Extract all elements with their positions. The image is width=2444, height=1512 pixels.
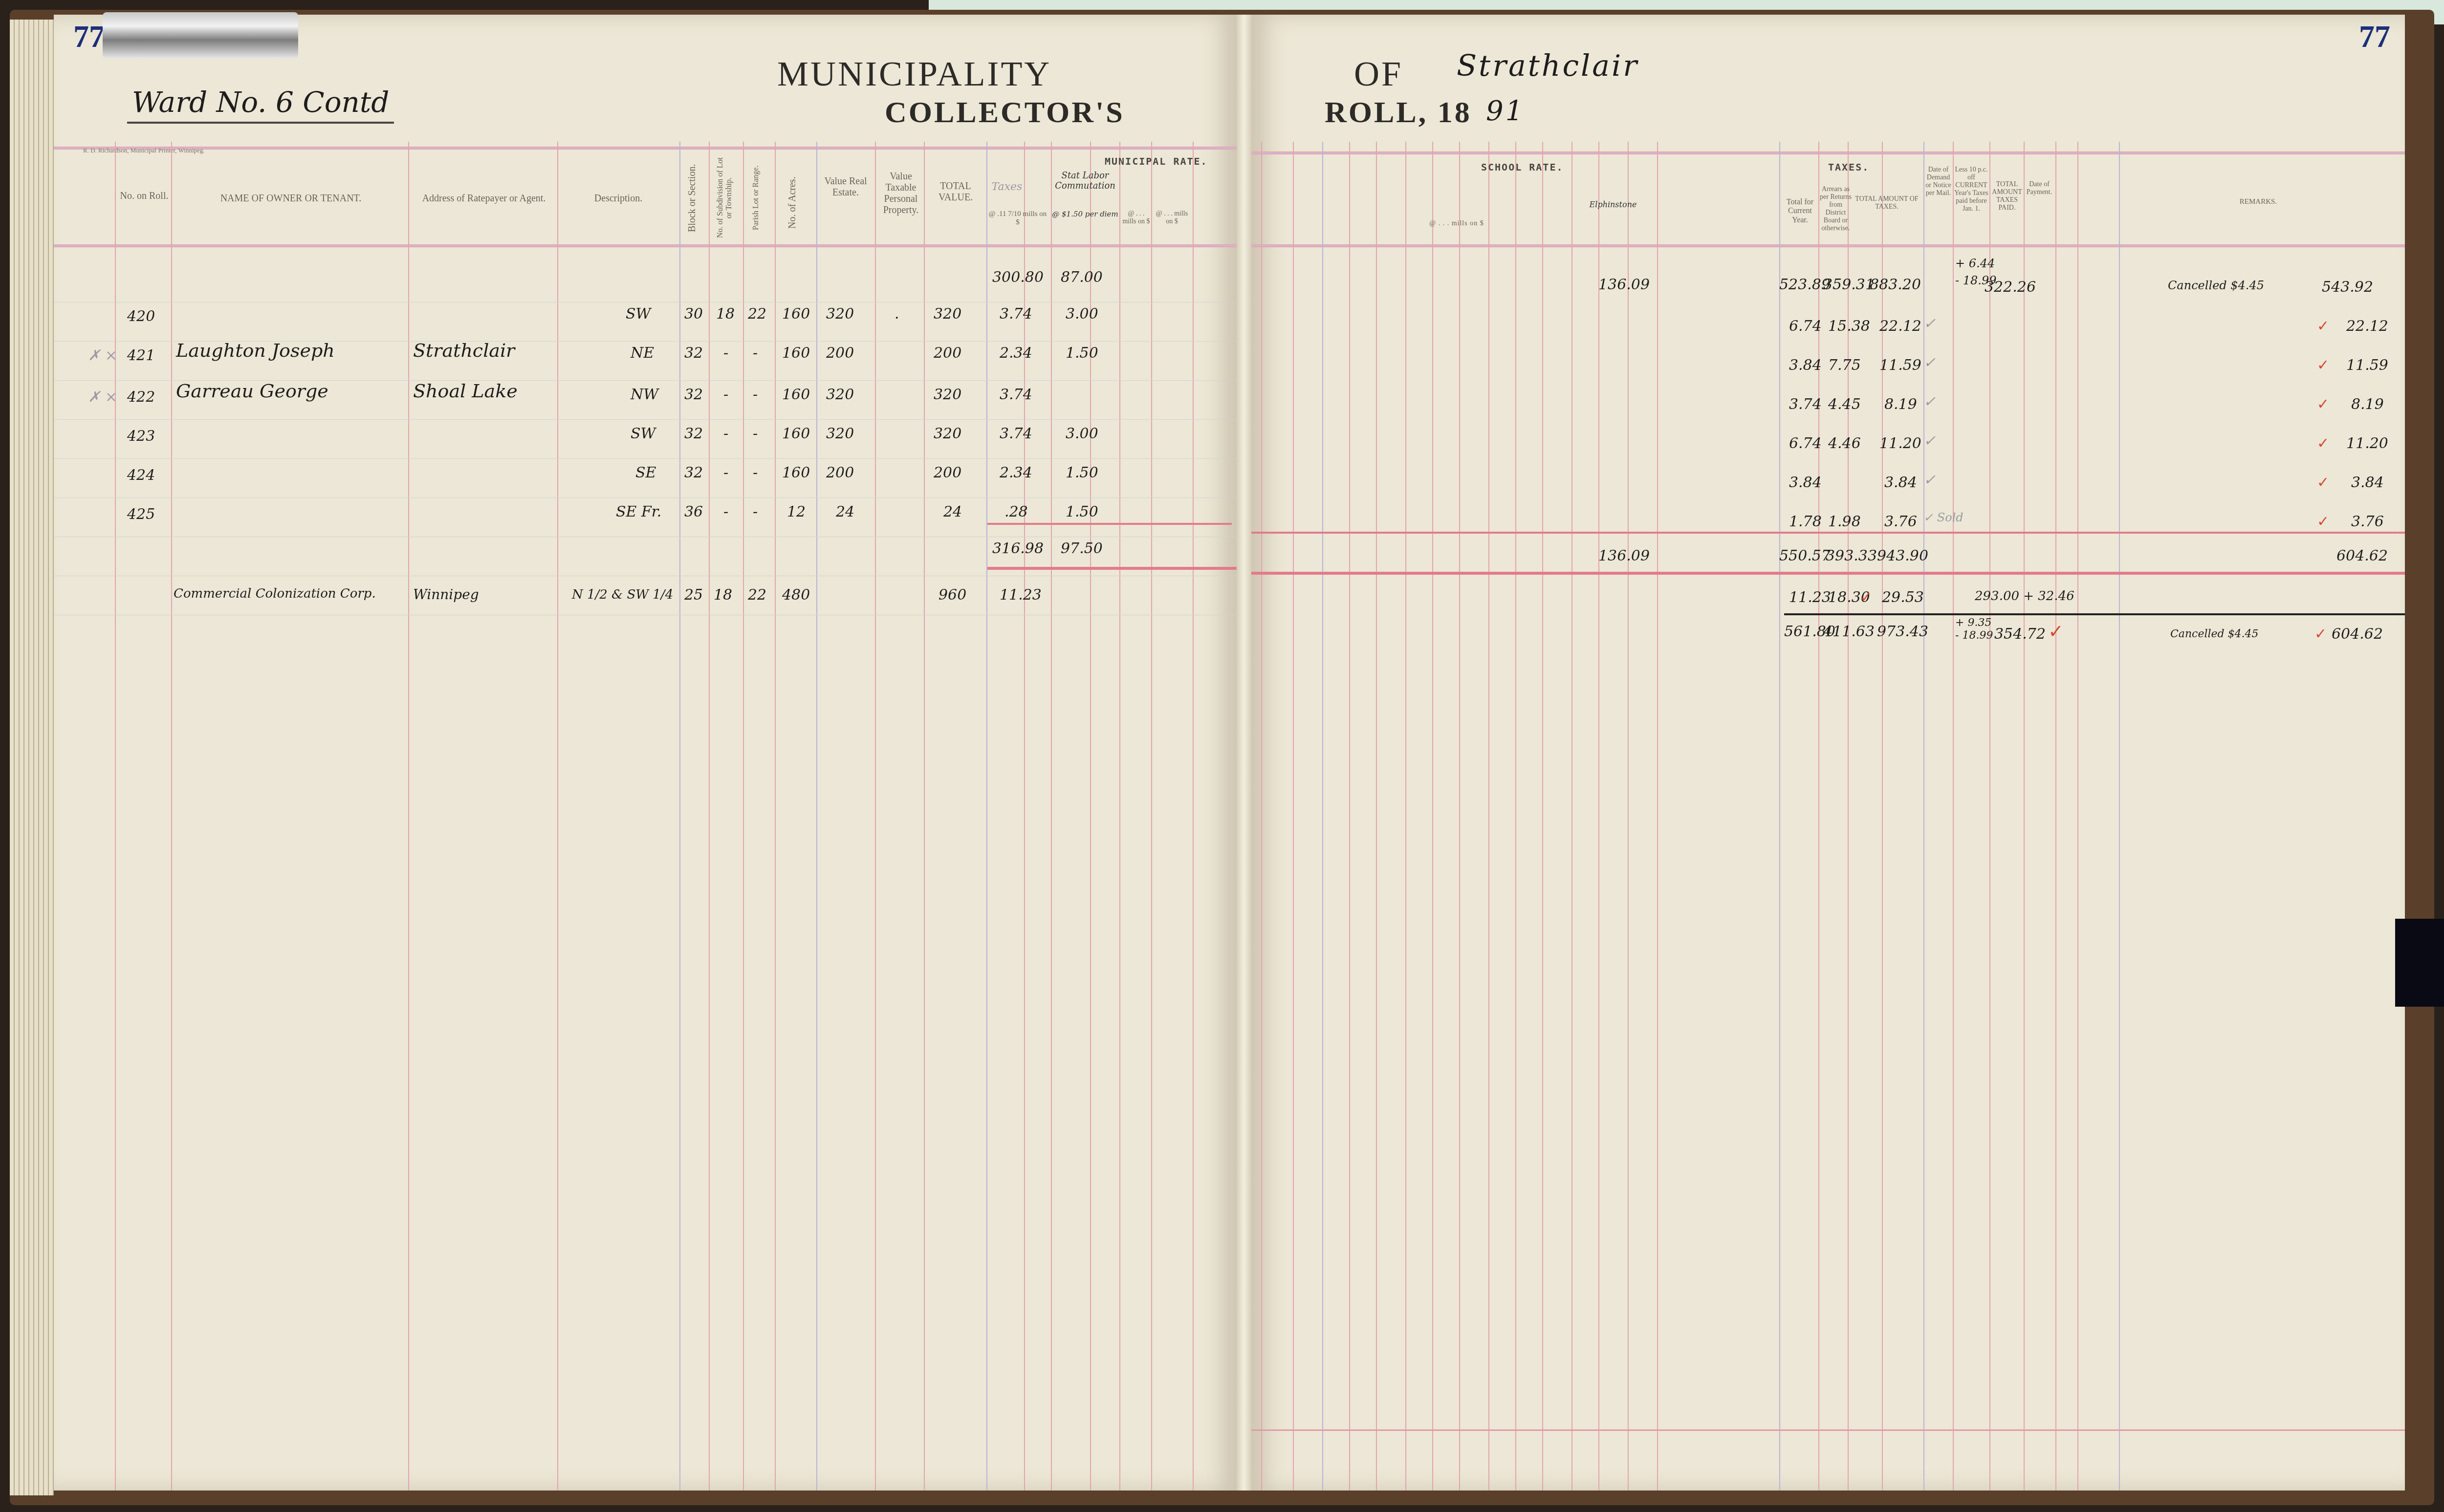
header-taxes-label: Taxes — [990, 181, 1024, 193]
total-current-year: 6.74 — [1789, 318, 1822, 335]
grand-remarks: Cancelled $4.45 — [2170, 628, 2259, 640]
check-icon: ✓ — [1923, 432, 1936, 450]
grand-arrears: 411.63 — [1823, 623, 1875, 640]
municipality-name: Strathclair — [1457, 49, 1639, 83]
red-check-icon: ✓ — [2317, 474, 2329, 491]
header-top-rule — [54, 147, 1237, 150]
subtotal-rule — [1251, 532, 2405, 534]
school-district-note: Elphinstone — [1584, 200, 1642, 209]
mun-taxes: .28 — [1004, 503, 1028, 520]
bottom-rule — [1251, 1429, 2405, 1431]
subtotal-arrears: 393.33 — [1826, 547, 1877, 564]
header-subdivision: No. of Subdivision of Lot or Township. — [716, 156, 734, 239]
acres: 160 — [782, 386, 810, 403]
subtotal-remarks-amount: 604.62 — [2336, 547, 2388, 564]
title-of: OF — [1354, 54, 1403, 94]
address: Winnipeg — [413, 586, 479, 603]
stat-labor: 3.00 — [1066, 425, 1098, 442]
header-total-amount-taxes: TOTAL AMOUNT OF TAXES. — [1853, 195, 1921, 211]
header-mun-rate-1: @ .11 7/10 mills on $ — [988, 210, 1047, 227]
header-no-on-roll: No. on Roll. — [117, 191, 171, 202]
header-total-current-year: Total for Current Year. — [1782, 198, 1818, 225]
subtotal-mun-taxes: 316.98 — [992, 540, 1044, 557]
description: SW — [631, 425, 655, 442]
stat-labor: 1.50 — [1066, 503, 1098, 520]
header-school-rate: SCHOOL RATE. — [1481, 161, 1564, 173]
roll-number: 424 — [127, 467, 155, 484]
remarks-amount: 8.19 — [2351, 396, 2384, 413]
subtotal-school: 136.09 — [1598, 547, 1650, 564]
subtotal-total-current: 550.57 — [1779, 547, 1831, 564]
red-check-icon: ✓ — [2317, 318, 2329, 335]
stat-labor: 3.00 — [1066, 305, 1098, 323]
header-total-value: TOTAL VALUE. — [926, 181, 985, 203]
header-value-personal: Value Taxable Personal Property. — [879, 171, 923, 216]
mun-taxes: 2.34 — [1000, 464, 1032, 481]
total-current-year: 1.78 — [1789, 513, 1822, 530]
page-clip — [103, 12, 298, 59]
header-mun-rate-2: @ $1.50 per diem — [1051, 210, 1119, 218]
roll-number: 422 — [127, 389, 155, 406]
total-amount: 11.20 — [1879, 435, 1921, 452]
range: - — [753, 345, 758, 362]
title-roll: ROLL, 18 — [1325, 95, 1472, 130]
roll-number: 425 — [127, 506, 155, 523]
header-total-taxes-paid: TOTAL AMOUNT TAXES PAID. — [1990, 181, 2024, 212]
check-icon: ✓ — [1923, 393, 1936, 410]
description: NW — [631, 386, 658, 403]
cf-remarks-amount: 543.92 — [2322, 279, 2373, 296]
remarks-amount: 22.12 — [2346, 318, 2388, 335]
value-real: 200 — [826, 345, 854, 362]
total-current-year: 3.74 — [1789, 396, 1822, 413]
total-current-year: 3.84 — [1789, 474, 1822, 491]
total-value: 200 — [934, 345, 961, 362]
book-gutter — [1237, 15, 1251, 1490]
acres: 160 — [782, 305, 810, 323]
value-real: 320 — [826, 425, 854, 442]
township: - — [723, 503, 728, 520]
acres: 12 — [787, 503, 806, 520]
roll-number: 421 — [127, 347, 155, 364]
header-acres: No. of Acres. — [787, 166, 798, 239]
acres: 160 — [782, 345, 810, 362]
section: 32 — [684, 345, 703, 362]
ward-heading: Ward No. 6 Contd — [127, 86, 394, 124]
header-municipal-rate: MUNICIPAL RATE. — [1105, 155, 1208, 167]
range: - — [753, 464, 758, 481]
header-description: Description. — [562, 193, 675, 204]
page-edges — [10, 20, 54, 1495]
cf-school: 136.09 — [1598, 276, 1650, 293]
header-parish-lot: Parish Lot or Range. — [752, 156, 761, 239]
subtotal-stat-labor: 97.50 — [1061, 540, 1103, 557]
title-collectors: COLLECTOR'S — [885, 95, 1125, 130]
owner-name: Garreau George — [176, 380, 328, 402]
range: - — [753, 425, 758, 442]
total-amount: 3.76 — [1884, 513, 1917, 530]
section: 36 — [684, 503, 703, 520]
description: NE — [631, 345, 654, 362]
total-value: 200 — [934, 464, 961, 481]
right-page: 77 OF Strathclair ROLL, 18 91 SCHOOL RAT… — [1251, 15, 2405, 1490]
address: Shoal Lake — [413, 380, 518, 402]
red-check-icon: ✓ — [2317, 396, 2329, 413]
check-icon: ✓ — [1923, 315, 1936, 332]
subtotal-rule — [987, 523, 1232, 525]
mun-taxes: 11.23 — [1000, 586, 1042, 604]
header-date-payment: Date of Payment. — [2025, 181, 2054, 196]
page-number-left: 77 — [73, 19, 105, 55]
red-check-icon: ✓ — [1860, 589, 1872, 606]
total-value: 24 — [943, 503, 962, 520]
arrears: 1.98 — [1828, 513, 1861, 530]
cf-total-paid: 322.26 — [1985, 279, 2036, 296]
section: 30 — [684, 305, 703, 323]
arrears: 4.46 — [1828, 435, 1861, 452]
range: - — [753, 386, 758, 403]
header-less-10pc: Less 10 p.c. off CURRENT Year's Taxes pa… — [1954, 166, 1988, 214]
value-personal: . — [895, 305, 899, 323]
header-mun-rate-4: @ . . . mills on $ — [1154, 210, 1190, 226]
red-check-icon: ✓ — [2317, 435, 2329, 452]
header-bottom-rule — [54, 244, 1237, 247]
address: Strathclair — [413, 340, 515, 361]
header-block-section: Block or Section. — [687, 156, 698, 239]
total-value: 320 — [934, 425, 961, 442]
header-address: Address of Ratepayer or Agent. — [413, 193, 555, 204]
description: SE — [635, 464, 656, 481]
grand-total-amount: 973.43 — [1877, 623, 1928, 640]
arrears: 15.38 — [1828, 318, 1870, 335]
township: - — [723, 345, 728, 362]
total-rule — [1784, 613, 2405, 615]
double-rule — [987, 567, 1237, 570]
remarks-amount: 11.20 — [2346, 435, 2388, 452]
section: 25 — [684, 586, 703, 604]
grand-total-paid: 354.72 — [1994, 626, 2046, 643]
remarks-amount: 3.84 — [2351, 474, 2384, 491]
roll-number: 423 — [127, 428, 155, 445]
cf-less-plus: + 6.44 — [1955, 257, 1995, 270]
township: 18 — [716, 305, 735, 323]
grand-remarks-amount: 604.62 — [2332, 626, 2383, 643]
township: - — [723, 425, 728, 442]
arrears: 7.75 — [1828, 357, 1861, 374]
roll-year: 91 — [1486, 95, 1525, 127]
total-amount: 8.19 — [1884, 396, 1917, 413]
township: - — [723, 464, 728, 481]
range: - — [753, 503, 758, 520]
red-check-icon: ✓ — [2317, 357, 2329, 374]
value-real: 320 — [826, 386, 854, 403]
double-rule — [1251, 572, 2405, 575]
section: 32 — [684, 464, 703, 481]
total-value: 960 — [938, 586, 966, 604]
cf-stat-labor: 87.00 — [1061, 269, 1103, 286]
header-arrears: Arrears as per Returns from District Boa… — [1820, 186, 1852, 233]
header-stat-labor: Stat Labor Commutation — [1051, 171, 1119, 191]
cf-arrears: 359.31 — [1823, 276, 1875, 293]
stat-labor: 1.50 — [1066, 345, 1098, 362]
total-amount: 3.84 — [1884, 474, 1917, 491]
remarks-amount: 3.76 — [2351, 513, 2384, 530]
mun-taxes: 3.74 — [1000, 305, 1032, 323]
page-number-right: 77 — [2359, 19, 2390, 55]
header-remarks: REMARKS. — [2121, 198, 2395, 206]
header-date-demand: Date of Demand or Notice per Mail. — [1925, 166, 1952, 197]
description: N 1/2 & SW 1/4 — [572, 587, 673, 602]
check-icon: ✓ — [1923, 472, 1936, 489]
mun-taxes: 3.74 — [1000, 425, 1032, 442]
cf-remarks: Cancelled $4.45 — [2168, 279, 2264, 292]
mun-taxes: 3.74 — [1000, 386, 1032, 403]
tick-mark: ✗ × — [88, 347, 117, 364]
total-current-year: 11.23 — [1789, 589, 1831, 606]
red-check-icon: ✓ — [2314, 626, 2327, 643]
cf-mun-taxes: 300.80 — [992, 269, 1044, 286]
total-current-year: 6.74 — [1789, 435, 1822, 452]
total-value: 320 — [934, 305, 961, 323]
total-current-year: 3.84 — [1789, 357, 1822, 374]
left-page: 77 Ward No. 6 Contd MUNICIPALITY COLLECT… — [54, 15, 1237, 1490]
value-real: 24 — [836, 503, 854, 520]
arrears: 4.45 — [1828, 396, 1861, 413]
check-icon: ✓ — [1923, 354, 1936, 371]
header-taxes: TAXES. — [1828, 161, 1869, 173]
value-real: 320 — [826, 305, 854, 323]
township: 18 — [714, 586, 732, 604]
remarks-amount: 11.59 — [2346, 357, 2388, 374]
title-municipality: MUNICIPALITY — [777, 54, 1051, 94]
section: 32 — [684, 425, 703, 442]
grand-less-minus: - 18.99 — [1955, 629, 1993, 642]
township: - — [723, 386, 728, 403]
cf-total-amount: 883.20 — [1870, 276, 1921, 293]
value-real: 200 — [826, 464, 854, 481]
owner-name: Laughton Joseph — [176, 340, 335, 361]
range: 22 — [748, 586, 766, 604]
header-mun-rate-3: @ . . . mills on $ — [1120, 210, 1152, 226]
header-name: NAME OF OWNER OR TENANT. — [176, 193, 406, 204]
binder-clip — [2395, 919, 2444, 1007]
header-value-real: Value Real Estate. — [821, 176, 870, 198]
tick-mark: ✗ × — [88, 389, 117, 406]
stat-labor: 1.50 — [1066, 464, 1098, 481]
section: 32 — [684, 386, 703, 403]
red-check-icon: ✓ — [2048, 621, 2064, 643]
printer-imprint: R. D. Richardson, Municipal Printer, Win… — [83, 147, 205, 154]
acres: 160 — [782, 425, 810, 442]
sold-note: ✓ Sold — [1923, 511, 1964, 524]
header-school-rates: @ . . . mills on $ — [1266, 220, 1647, 228]
acres: 480 — [782, 586, 810, 604]
range: 22 — [748, 305, 766, 323]
total-amount: 22.12 — [1879, 318, 1921, 335]
grand-less-plus: + 9.35 — [1955, 617, 1991, 629]
red-check-icon: ✓ — [2317, 513, 2329, 530]
roll-number: 420 — [127, 308, 155, 325]
paid-note: 293.00 + 32.46 — [1975, 589, 2074, 604]
subtotal-total-amount: 943.90 — [1877, 547, 1928, 564]
acres: 160 — [782, 464, 810, 481]
description: SW — [626, 305, 651, 323]
total-amount: 29.53 — [1882, 589, 1924, 606]
description: SE Fr. — [616, 503, 661, 520]
total-amount: 11.59 — [1879, 357, 1921, 374]
owner-name: Commercial Colonization Corp. — [174, 586, 376, 601]
mun-taxes: 2.34 — [1000, 345, 1032, 362]
total-value: 320 — [934, 386, 961, 403]
